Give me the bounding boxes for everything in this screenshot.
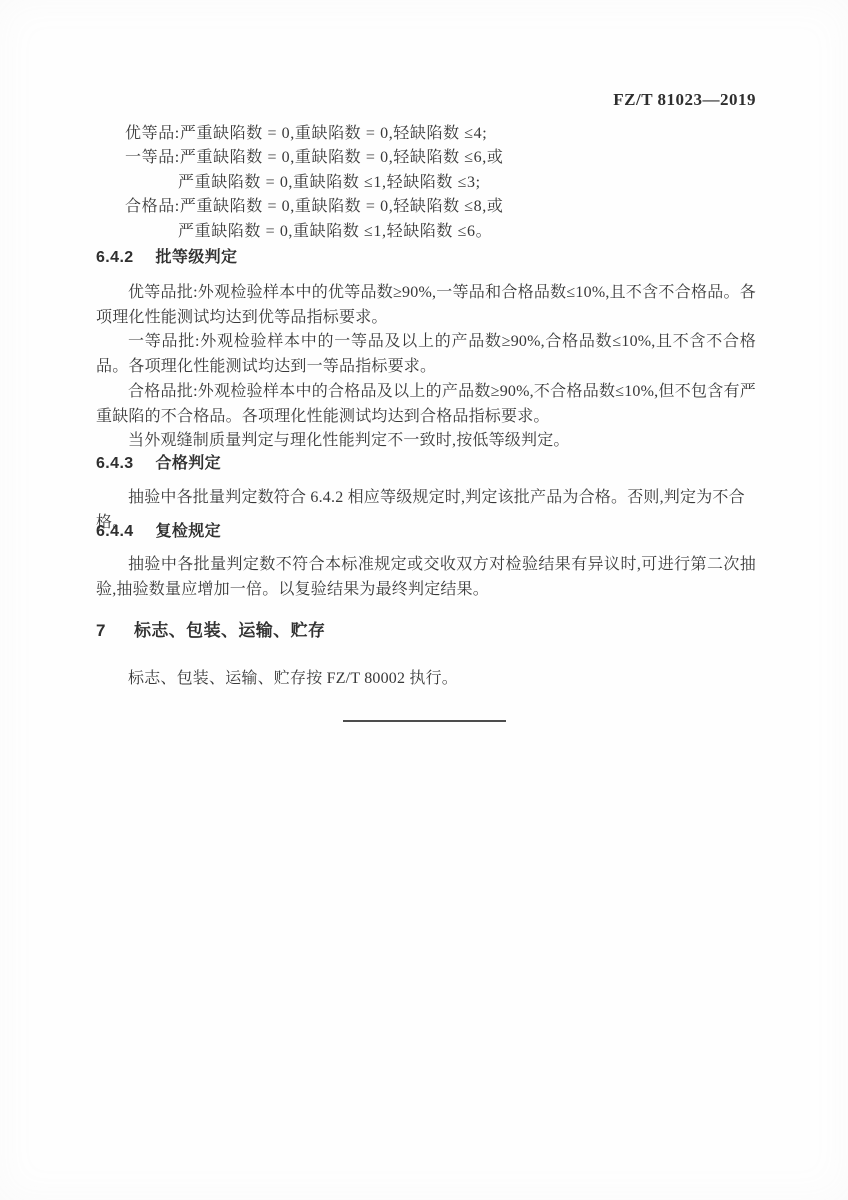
criteria-line-first-grade: 一等品:严重缺陷数 = 0,重缺陷数 = 0,轻缺陷数 ≤6,或 [125, 146, 765, 170]
standard-number-header: FZ/T 81023—2019 [96, 90, 756, 110]
criteria-line-qualified: 合格品:严重缺陷数 = 0,重缺陷数 = 0,轻缺陷数 ≤8,或 [125, 195, 765, 219]
section-title: 标志、包装、运输、贮存 [134, 620, 325, 642]
section-title: 合格判定 [155, 453, 221, 475]
paragraph: 一等品批:外观检验样本中的一等品及以上的产品数≥90%,合格品数≤10%,且不含… [96, 330, 756, 379]
paragraph: 优等品批:外观检验样本中的优等品数≥90%,一等品和合格品数≤10%,且不含不合… [96, 281, 756, 330]
document-page: FZ/T 81023—2019 优等品:严重缺陷数 = 0,重缺陷数 = 0,轻… [0, 0, 848, 1200]
section-title: 复检规定 [155, 521, 221, 543]
section-heading-6-4-4: 6.4.4 复检规定 [96, 521, 756, 543]
paragraph: 合格品批:外观检验样本中的合格品及以上的产品数≥90%,不合格品数≤10%,但不… [96, 380, 756, 429]
grade-criteria-block: 优等品:严重缺陷数 = 0,重缺陷数 = 0,轻缺陷数 ≤4; 一等品:严重缺陷… [125, 122, 765, 244]
section-number: 6.4.2 [96, 247, 134, 269]
paragraph: 标志、包装、运输、贮存按 FZ/T 80002 执行。 [96, 667, 756, 692]
section-body-7: 标志、包装、运输、贮存按 FZ/T 80002 执行。 [96, 667, 756, 692]
section-body-6-4-2: 优等品批:外观检验样本中的优等品数≥90%,一等品和合格品数≤10%,且不含不合… [96, 281, 756, 454]
end-of-document-rule [343, 720, 506, 722]
section-body-6-4-4: 抽验中各批量判定数不符合本标准规定或交收双方对检验结果有异议时,可进行第二次抽验… [96, 553, 756, 602]
section-heading-6-4-3: 6.4.3 合格判定 [96, 453, 756, 475]
section-heading-6-4-2: 6.4.2 批等级判定 [96, 247, 756, 269]
criteria-line-qualified-alt: 严重缺陷数 = 0,重缺陷数 ≤1,轻缺陷数 ≤6。 [125, 220, 765, 244]
section-title: 批等级判定 [155, 247, 237, 269]
criteria-line-superior: 优等品:严重缺陷数 = 0,重缺陷数 = 0,轻缺陷数 ≤4; [125, 122, 765, 146]
criteria-line-first-grade-alt: 严重缺陷数 = 0,重缺陷数 ≤1,轻缺陷数 ≤3; [125, 171, 765, 195]
paragraph: 抽验中各批量判定数不符合本标准规定或交收双方对检验结果有异议时,可进行第二次抽验… [96, 553, 756, 602]
section-heading-7: 7 标志、包装、运输、贮存 [96, 620, 756, 642]
section-number: 6.4.4 [96, 521, 134, 543]
paragraph: 当外观缝制质量判定与理化性能判定不一致时,按低等级判定。 [96, 429, 756, 454]
section-number: 7 [96, 620, 106, 642]
section-number: 6.4.3 [96, 453, 134, 475]
